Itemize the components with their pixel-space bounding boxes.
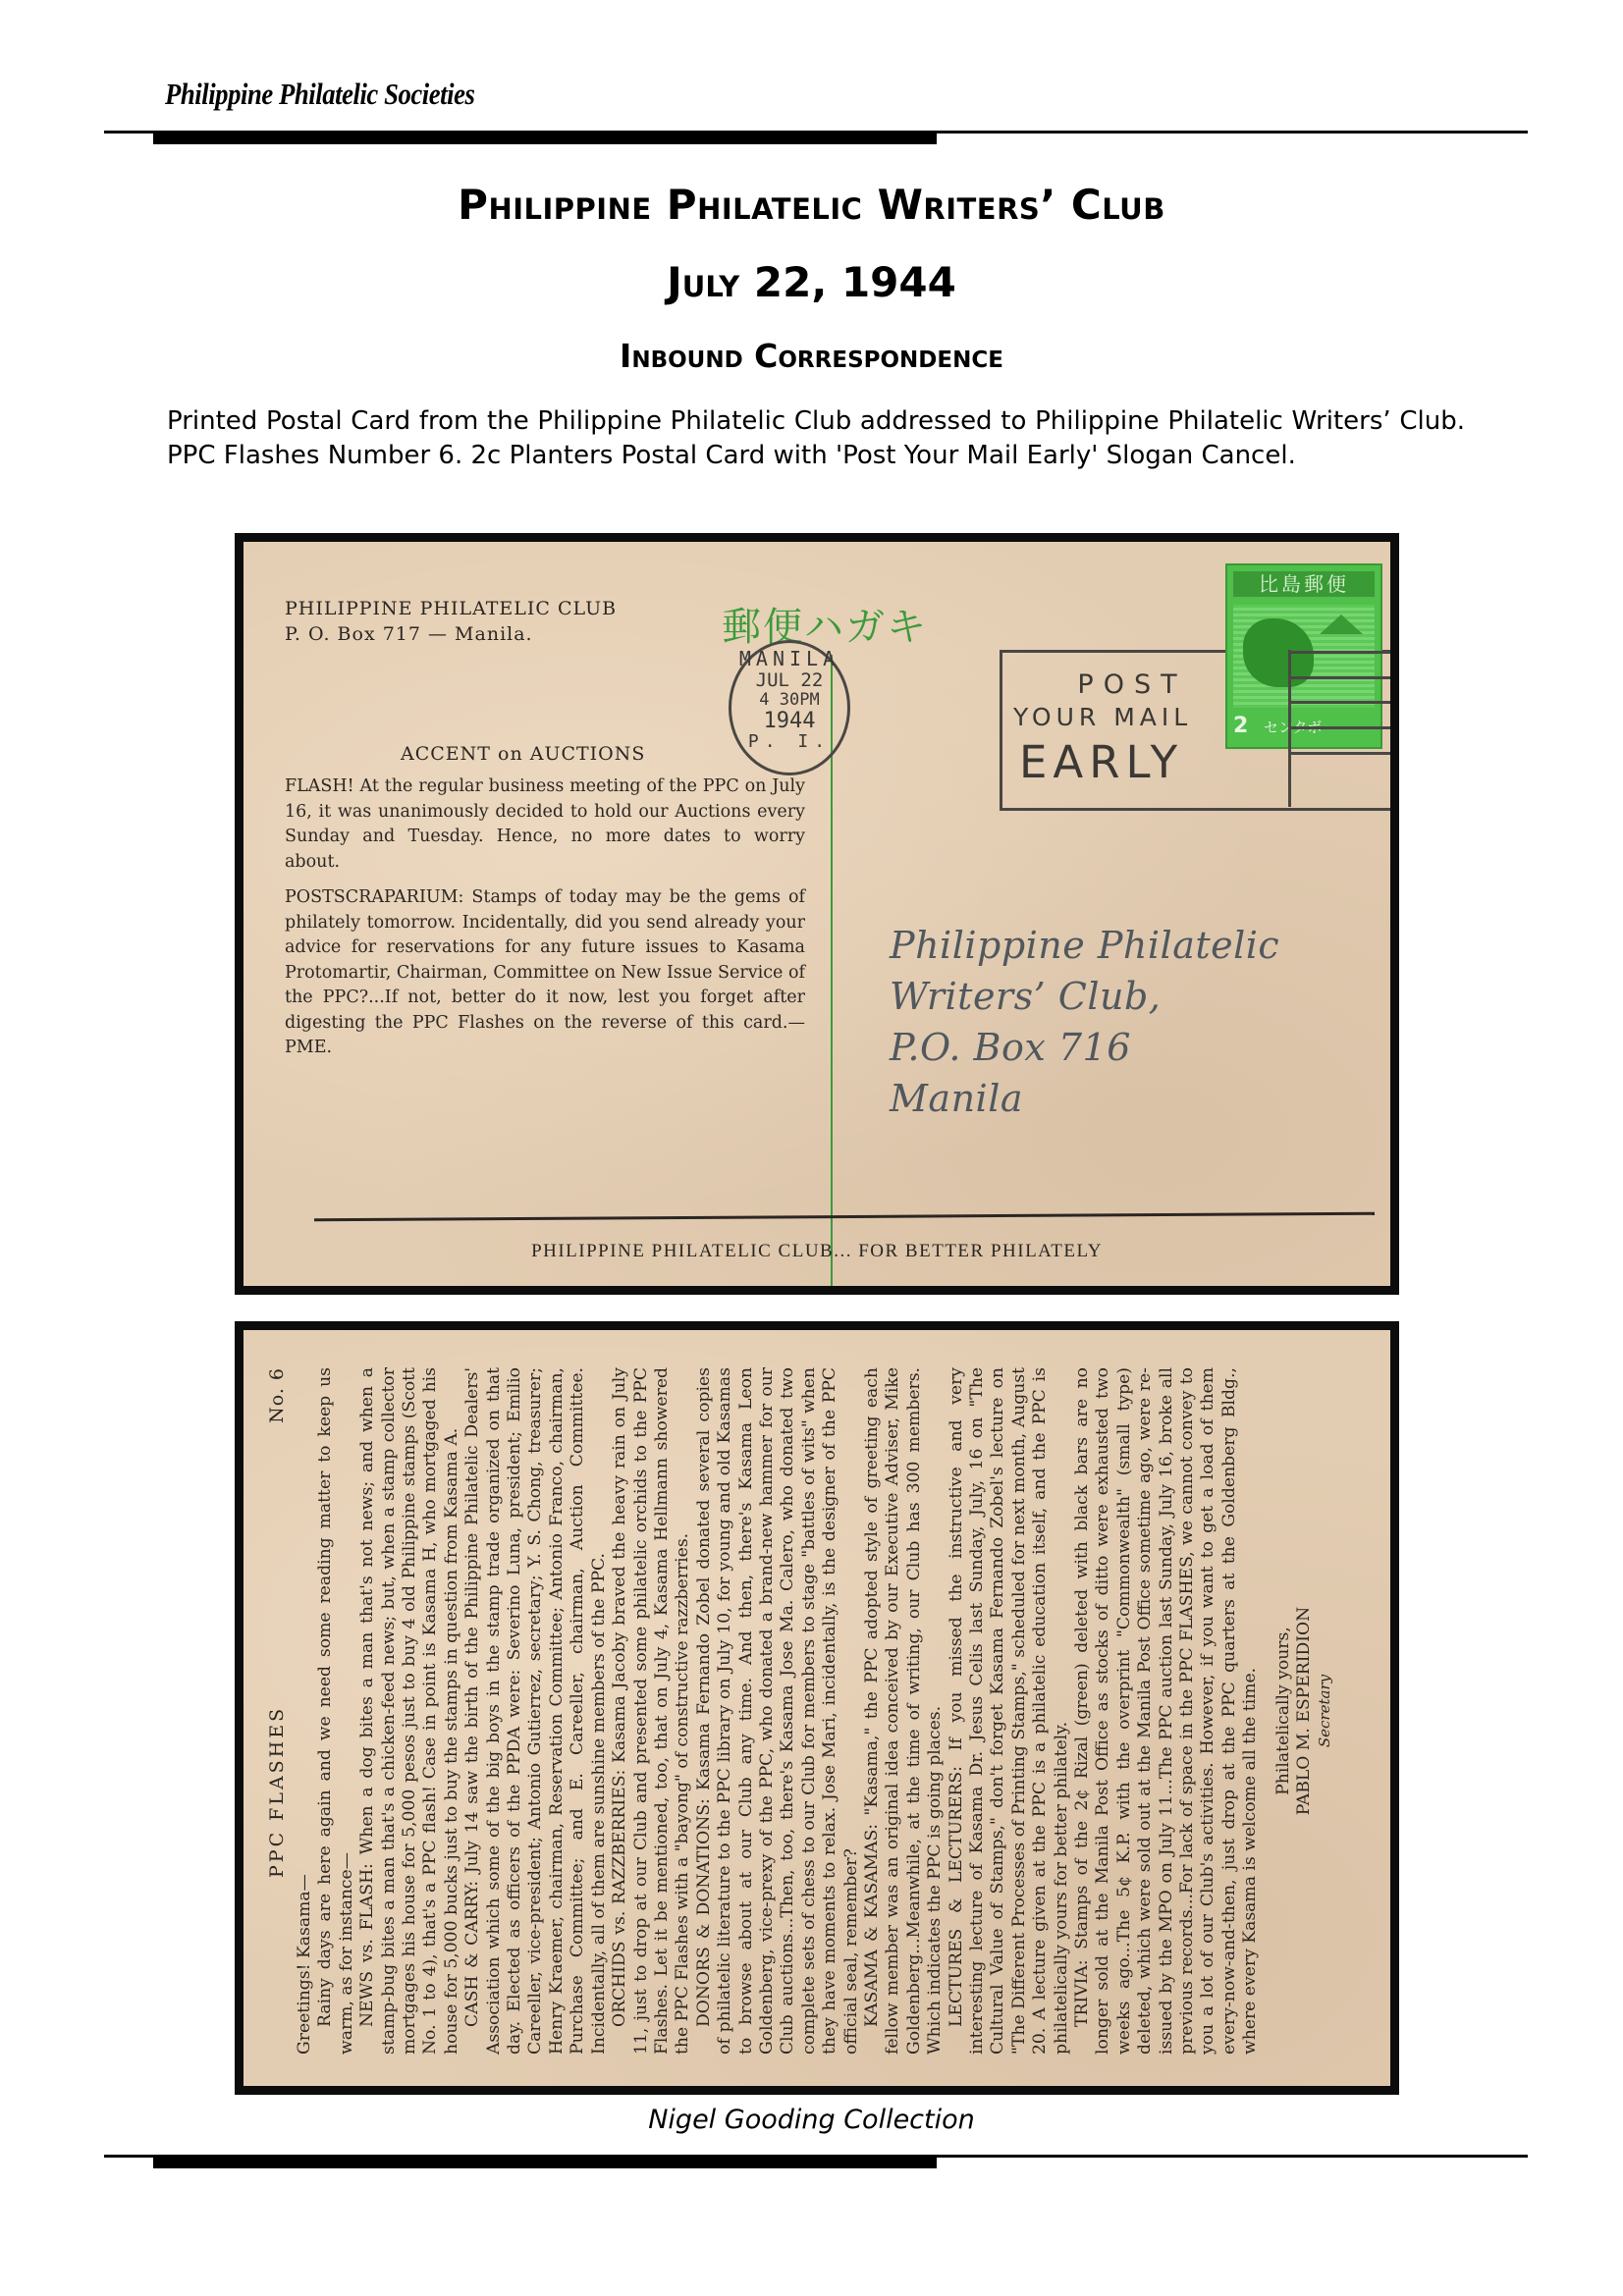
postcard-front: PHILIPPINE PHILATELIC CLUB P. O. Box 717… [243,542,1390,1286]
slogan-line-2: YOUR MAIL [1013,703,1259,731]
newsletter-title: PPC FLASHES [267,1706,288,1878]
address-line-2: Writers’ Club, [890,971,1279,1022]
newsletter-greeting: Greetings! Kasama— [295,1367,315,2055]
card-bottom-rule [314,1212,1375,1222]
postmark-date: JUL 22 [731,670,847,690]
japanese-postcard-heading: 郵便ハガキ [722,596,928,652]
address-line-1: Philippine Philatelic [890,920,1279,971]
cancel-bar [1288,651,1390,654]
sender-address: PHILIPPINE PHILATELIC CLUB P. O. Box 717… [285,596,617,647]
planter-scene [1233,605,1375,708]
cancel-bar [1288,726,1390,729]
signature-block: Philatelically yours, PABLO M. ESPERIDIO… [1273,1367,1335,2055]
cancel-bar [1288,676,1390,679]
cancel-bar [1288,752,1390,755]
postmark-city: MANILA [731,647,847,670]
page-title: Philippine Philatelic Writers’ Club [0,181,1623,229]
postal-card-stamp-imprint: 比島郵便 2 センタボ [1225,563,1382,749]
newsletter-paragraph: TRIVIA: Stamps of the 2¢ Rizal (green) d… [1072,1367,1262,2055]
slogan-line-3: EARLY [1019,736,1255,788]
cancel-bar [1288,701,1390,704]
rotated-newsletter: PPC FLASHES No. 6 Greetings! Kasama— Rai… [243,1330,1368,2086]
newsletter-paragraph: LECTURES & LECTURERS: If you missed the … [947,1367,1072,2055]
collection-credit: Nigel Gooding Collection [0,2105,1623,2135]
item-description: Printed Postal Card from the Philippine … [167,404,1465,473]
page-date: July 22, 1944 [0,258,1623,306]
closing: Philatelically yours, [1273,1367,1294,2055]
circular-postmark: MANILA JUL 22 4 30PM 1944 P. I. [729,640,850,775]
newsletter-paragraph: CASH & CARRY: July 14 saw the birth of t… [462,1367,610,2055]
postcard-back-frame: PPC FLASHES No. 6 Greetings! Kasama— Rai… [235,1321,1399,2095]
ppc-flashes-newsletter: PPC FLASHES No. 6 Greetings! Kasama— Rai… [267,1367,1335,2055]
postcard-back: PPC FLASHES No. 6 Greetings! Kasama— Rai… [243,1330,1390,2086]
signatory-title: Secretary [1315,1367,1335,2055]
article-title: ACCENT on AUCTIONS [401,743,645,765]
slogan-line-1: POST [1049,669,1216,700]
running-head: Philippine Philatelic Societies [165,77,474,112]
sender-name: PHILIPPINE PHILATELIC CLUB [285,596,617,621]
stamp-denomination: 2 [1233,714,1248,738]
newsletter-paragraph: DONORS & DONATIONS: Kasama Fernando Zobe… [694,1367,862,2055]
signatory: PABLO M. ESPERIDION [1294,1367,1315,2055]
newsletter-number: No. 6 [267,1367,288,1423]
address-line-4: Manila [890,1073,1279,1124]
header-rule-thick [153,133,937,144]
newsletter-paragraph: NEWS vs. FLASH: When a dog bites a man t… [357,1367,462,2055]
newsletter-paragraph: ORCHIDS vs. RAZZBERRIES: Kasama Jacoby b… [610,1367,694,2055]
postcard-front-frame: PHILIPPINE PHILATELIC CLUB P. O. Box 717… [235,533,1399,1295]
mountain-figure [1320,614,1363,634]
recipient-address: Philippine Philatelic Writers’ Club, P.O… [890,920,1279,1124]
newsletter-paragraph: KASAMA & KASAMAS: "Kasama," the PPC adop… [862,1367,947,2055]
cancel-vertical-bar [1288,650,1291,807]
club-slogan: PHILIPPINE PHILATELIC CLUB... FOR BETTER… [243,1241,1390,1262]
postscraparium-paragraph: POSTSCRAPARIUM: Stamps of today may be t… [285,885,805,1061]
address-line-3: P.O. Box 716 [890,1022,1279,1073]
flash-paragraph: FLASH! At the regular business meeting o… [285,774,805,875]
footer-rule-thick [153,2158,937,2168]
postmark-time: 4 30PM [731,690,847,710]
sender-box: P. O. Box 717 — Manila. [285,621,617,647]
stamp-header: 比島郵便 [1233,571,1375,597]
newsletter-paragraph: Rainy days are here again and we need so… [315,1367,357,2055]
newsletter-header: PPC FLASHES No. 6 [267,1367,295,2055]
postmark-country: P. I. [731,733,847,751]
postmark-year: 1944 [731,710,847,733]
section-heading: Inbound Correspondence [0,337,1623,375]
